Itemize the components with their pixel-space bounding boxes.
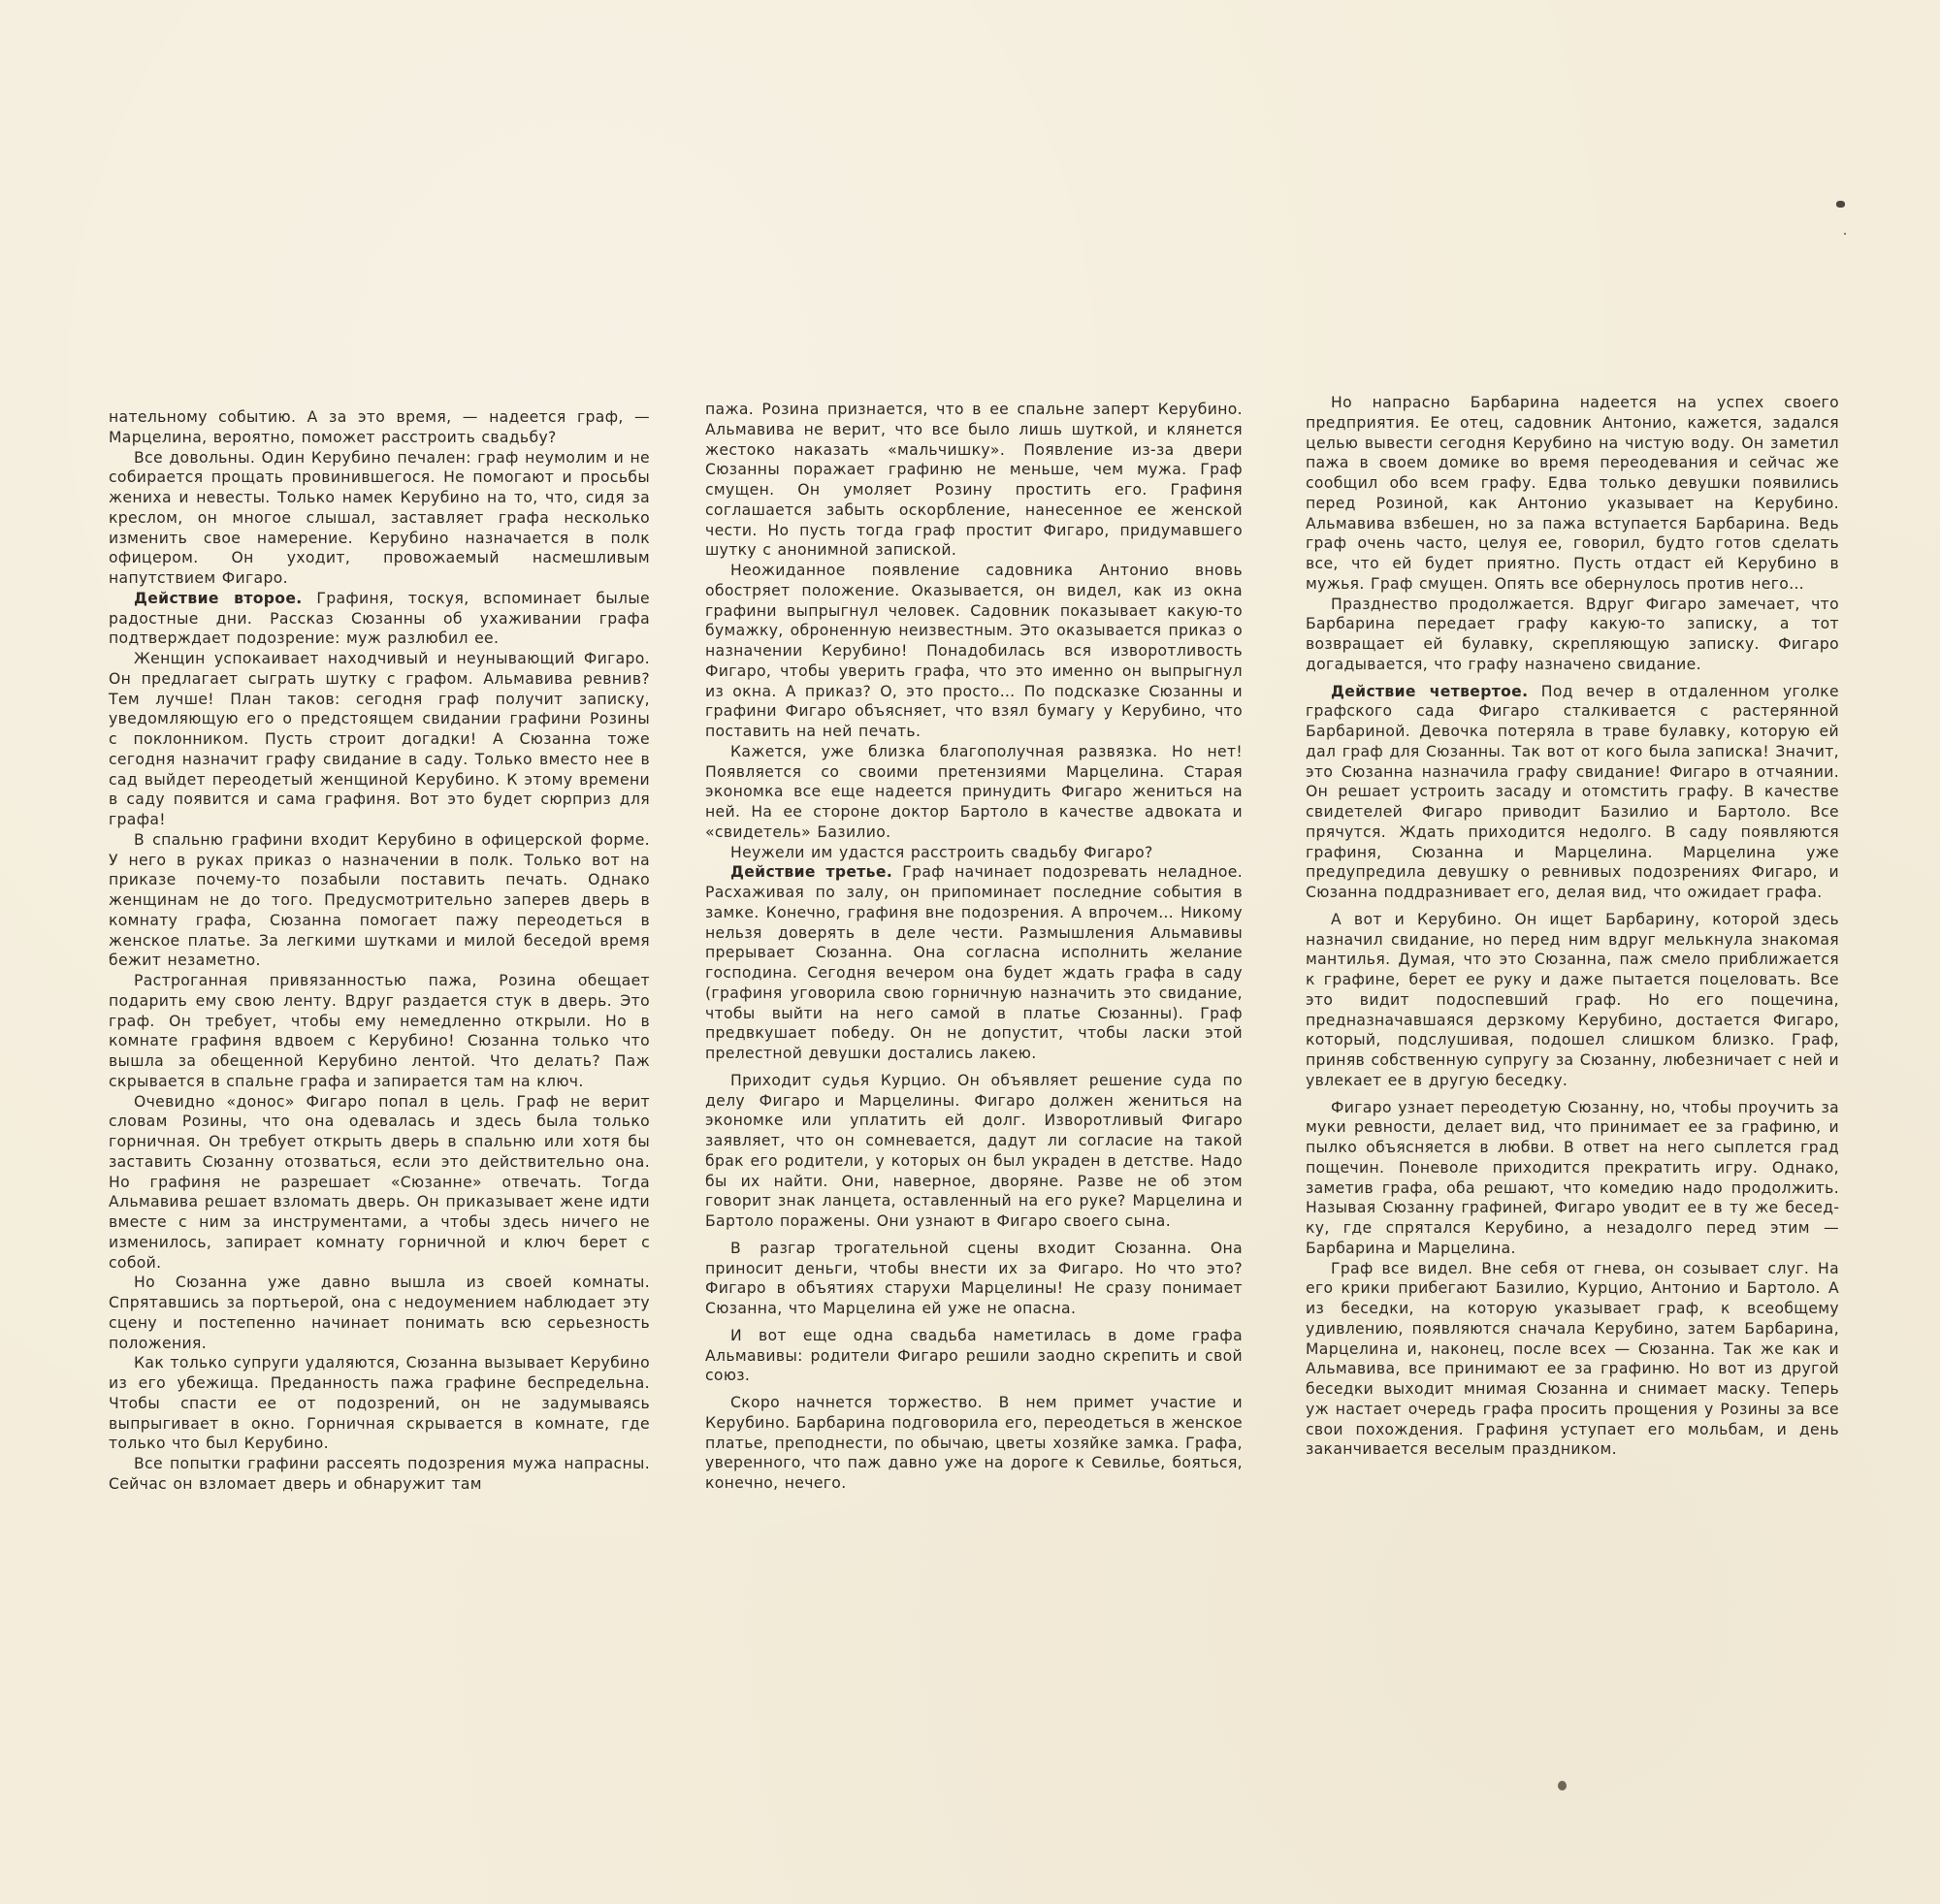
paragraph-text: Женщин успокаивает находчивый и неунываю… xyxy=(109,650,650,828)
paragraph-text: Приходит судья Курцио. Он объявляет реше… xyxy=(705,1072,1243,1230)
paragraph-text: В разгар трогательной сцены входит Сюзан… xyxy=(705,1240,1243,1317)
act-heading: Действие четвертое. xyxy=(1331,683,1528,700)
act-heading: Действие второе. xyxy=(134,590,303,607)
paragraph: Женщин успокаивает находчивый и неунываю… xyxy=(109,649,650,830)
paragraph: пажа. Розина признается, что в ее спальн… xyxy=(705,400,1243,561)
paragraph-text: Празднество продолжается. Вдруг Фигаро з… xyxy=(1306,596,1839,673)
paragraph: нательному событию. А за это время, — на… xyxy=(109,407,650,448)
text-column-right: Но напрасно Барбарина надеется на успех … xyxy=(1306,393,1839,1460)
paragraph: Празднество продолжается. Вдруг Фигаро з… xyxy=(1306,595,1839,675)
text-column-middle: пажа. Розина признается, что в ее спальн… xyxy=(705,400,1243,1494)
paragraph-text: Растроганная привязанностью пажа, Розина… xyxy=(109,972,650,1090)
paragraph-text: Неужели им удастся расстроить свадьбу Фи… xyxy=(730,844,1153,861)
paragraph-text: нательному событию. А за это время, — на… xyxy=(109,408,650,446)
paragraph: Все довольны. Один Керубино печален: гра… xyxy=(109,448,650,589)
paragraph: Растроганная привязанностью пажа, Розина… xyxy=(109,971,650,1092)
paragraph: Но напрасно Барбарина надеется на успех … xyxy=(1306,393,1839,595)
paragraph: Очевидно «донос» Фигаро попал в цель. Гр… xyxy=(109,1092,650,1274)
ink-speck xyxy=(1558,1781,1567,1791)
paragraph-text: Граф начинает подозревать нелад­ное. Рас… xyxy=(705,863,1243,1062)
paragraph: В спальню графини входит Керубино в офиц… xyxy=(109,830,650,971)
paragraph-text: Под вечер в отдаленном уголке графского … xyxy=(1306,683,1839,902)
paragraph-text: И вот еще одна свадьба наметилась в доме… xyxy=(705,1327,1243,1385)
paragraph-text: Скоро начнется торжество. В нем примет у… xyxy=(705,1394,1243,1492)
paragraph-text: Как только супруги удаляются, Сюзанна вы… xyxy=(109,1354,650,1452)
paragraph: Но Сюзанна уже давно вышла из своей комн… xyxy=(109,1273,650,1353)
paragraph: Граф все видел. Вне себя от гнева, он со… xyxy=(1306,1259,1839,1461)
paragraph-text: Но Сюзанна уже давно вышла из своей комн… xyxy=(109,1274,650,1351)
paragraph: Скоро начнется торжество. В нем примет у… xyxy=(705,1393,1243,1494)
paragraph: Действие третье. Граф начинает подозрева… xyxy=(705,862,1243,1064)
paragraph: Неожиданное появление садовника Антонио … xyxy=(705,561,1243,742)
paragraph: А вот и Керубино. Он ищет Барбарину, кот… xyxy=(1306,910,1839,1091)
paragraph: Все попытки графини рассеять подозрения … xyxy=(109,1454,650,1495)
paragraph: Фигаро узнает переодетую Сюзанну, но, чт… xyxy=(1306,1098,1839,1259)
paragraph-text: А вот и Керубино. Он ищет Барбарину, кот… xyxy=(1306,911,1839,1089)
ink-speck xyxy=(1844,233,1846,235)
paragraph: Как только супруги удаляются, Сюзанна вы… xyxy=(109,1353,650,1454)
act-heading: Действие третье. xyxy=(730,863,892,881)
ink-speck xyxy=(1836,201,1845,208)
paragraph-text: Граф все видел. Вне себя от гнева, он со… xyxy=(1306,1260,1839,1459)
paragraph-text: Очевидно «донос» Фигаро попал в цель. Гр… xyxy=(109,1093,650,1272)
paragraph: Приходит судья Курцио. Он объявляет реше… xyxy=(705,1071,1243,1232)
paragraph-text: Неожиданное появление садовника Антонио … xyxy=(705,562,1243,740)
paragraph: Неужели им удастся расстроить свадьбу Фи… xyxy=(705,843,1243,863)
text-column-left: нательному событию. А за это время, — на… xyxy=(109,407,650,1495)
paragraph-text: Все довольны. Один Керубино печален: гра… xyxy=(109,449,650,588)
paragraph: И вот еще одна свадьба наметилась в доме… xyxy=(705,1326,1243,1386)
paragraph-text: пажа. Розина признается, что в ее спальн… xyxy=(705,401,1243,559)
paragraph-text: Но напрасно Барбарина надеется на успех … xyxy=(1306,394,1839,593)
paragraph: Кажется, уже близка благополучная развяз… xyxy=(705,742,1243,843)
paragraph: В разгар трогательной сцены входит Сюзан… xyxy=(705,1239,1243,1319)
paragraph-text: Кажется, уже близка благополучная развяз… xyxy=(705,743,1243,841)
paragraph: Действие второе. Графиня, тоскуя, вспоми… xyxy=(109,589,650,649)
paragraph-text: Фигаро узнает переодетую Сюзанну, но, чт… xyxy=(1306,1099,1839,1257)
paragraph-text: В спальню графини входит Керубино в офиц… xyxy=(109,831,650,970)
paragraph-text: Все попытки графини рассеять подозрения … xyxy=(109,1455,650,1493)
paragraph: Действие четвертое. Под вечер в отдаленн… xyxy=(1306,682,1839,903)
